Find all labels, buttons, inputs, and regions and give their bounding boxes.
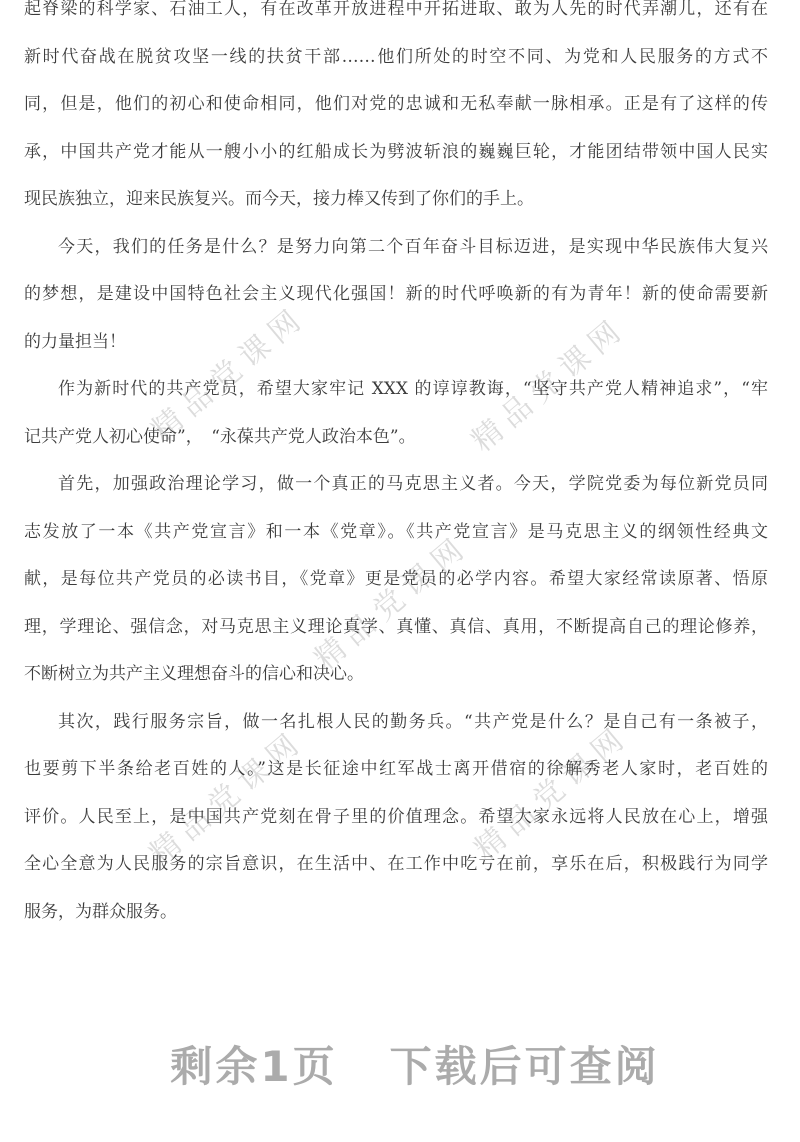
text-line: 其次，践行服务宗旨，做一名扎根人民的勤务兵。“共产党是什么？是自己有一条被子， — [24, 699, 768, 747]
text-line: 今天，我们的任务是什么？是努力向第二个百年奋斗目标迈进，是实现中华民族伟大复兴 — [24, 224, 768, 272]
text-line: 不断树立为共产主义理想奋斗的信心和决心。 — [24, 651, 768, 699]
text-line: 记共产党人初心使命”， “永葆共产党人政治本色”。 — [24, 414, 768, 462]
download-hint-label: 下载后可查阅 — [390, 1042, 660, 1091]
document-body: 起脊梁的科学家、石油工人，有在改革开放进程中开拓进取、敢为人先的时代弄潮儿，还有… — [24, 0, 768, 936]
document-page: 精品党课网精品党课网精品党课网精品党课网精品党课网 起脊梁的科学家、石油工人，有… — [0, 0, 800, 1142]
text-line: 的梦想，是建设中国特色社会主义现代化强国！新的时代呼唤新的有为青年！新的使命需要… — [24, 271, 768, 319]
paragraph: 作为新时代的共产党员，希望大家牢记 XXX 的谆谆教诲，“坚守共产党人精神追求”… — [24, 366, 768, 461]
paragraph: 起脊梁的科学家、石油工人，有在改革开放进程中开拓进取、敢为人先的时代弄潮儿，还有… — [24, 0, 768, 224]
paragraph: 首先，加强政治理论学习，做一个真正的马克思主义者。今天，学院党委为每位新党员同志… — [24, 461, 768, 699]
text-line: 也要剪下半条给老百姓的人。”这是长征途中红军战士离开借宿的徐解秀老人家时，老百姓… — [24, 746, 768, 794]
paragraph: 其次，践行服务宗旨，做一名扎根人民的勤务兵。“共产党是什么？是自己有一条被子，也… — [24, 699, 768, 937]
text-line: 起脊梁的科学家、石油工人，有在改革开放进程中开拓进取、敢为人先的时代弄潮儿，还有… — [24, 0, 768, 34]
paragraph: 今天，我们的任务是什么？是努力向第二个百年奋斗目标迈进，是实现中华民族伟大复兴的… — [24, 224, 768, 367]
text-line: 现民族独立，迎来民族复兴。而今天，接力棒又传到了你们的手上。 — [24, 176, 768, 224]
text-line: 评价。人民至上，是中国共产党刻在骨子里的价值理念。希望大家永远将人民放在心上，增… — [24, 794, 768, 842]
text-line: 承，中国共产党才能从一艘小小的红船成长为劈波斩浪的巍巍巨轮，才能团结带领中国人民… — [24, 129, 768, 177]
text-line: 服务，为群众服务。 — [24, 889, 768, 937]
text-line: 献，是每位共产党员的必读书目，《党章》更是党员的必学内容。希望大家经常读原著、悟… — [24, 556, 768, 604]
text-line: 的力量担当！ — [24, 319, 768, 367]
pages-remaining-label: 剩余1页 — [170, 1042, 337, 1091]
text-line: 同，但是，他们的初心和使命相同，他们对党的忠诚和无私奉献一脉相承。正是有了这样的… — [24, 81, 768, 129]
text-line: 首先，加强政治理论学习，做一个真正的马克思主义者。今天，学院党委为每位新党员同 — [24, 461, 768, 509]
text-line: 志发放了一本《共产党宣言》和一本《党章》。《共产党宣言》是马克思主义的纲领性经典… — [24, 509, 768, 557]
text-line: 作为新时代的共产党员，希望大家牢记 XXX 的谆谆教诲，“坚守共产党人精神追求”… — [24, 366, 768, 414]
text-line: 新时代奋战在脱贫攻坚一线的扶贫干部……他们所处的时空不同、为党和人民服务的方式不 — [24, 34, 768, 82]
footer-banner: 剩余1页下载后可查阅 — [15, 1034, 800, 1094]
text-line: 全心全意为人民服务的宗旨意识，在生活中、在工作中吃亏在前，享乐在后，积极践行为同… — [24, 841, 768, 889]
text-line: 理，学理论、强信念，对马克思主义理论真学、真懂、真信、真用，不断提高自己的理论修… — [24, 604, 768, 652]
